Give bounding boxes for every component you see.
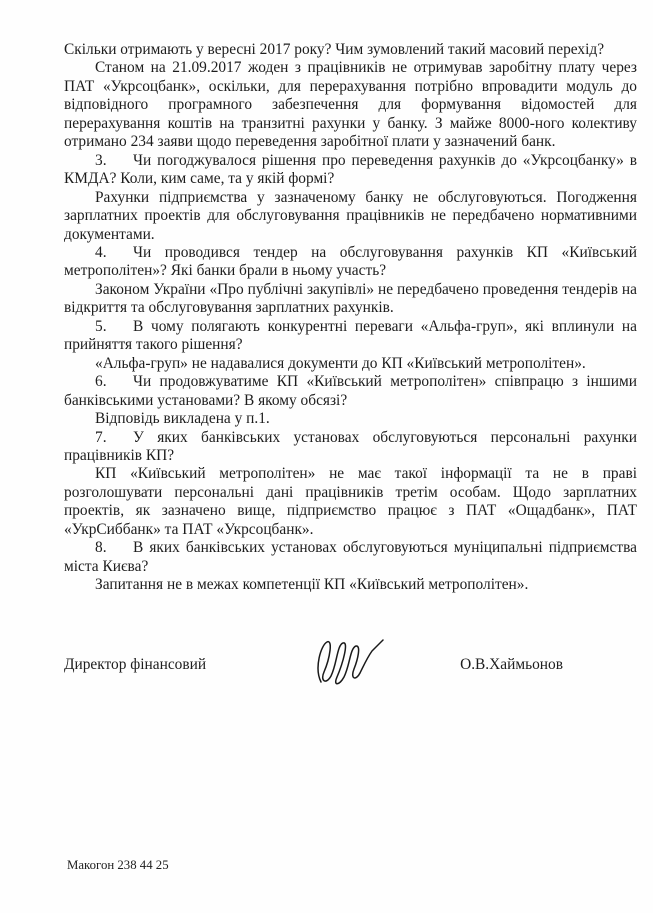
numbered-question-paragraph: 6.Чи продовжуватиме КП «Київський метроп…	[64, 373, 637, 410]
numbered-question-paragraph: 8.В яких банківських установах обслугову…	[64, 539, 637, 576]
body-paragraph: Законом України «Про публічні закупівлі»…	[64, 281, 637, 318]
body-paragraph: «Альфа-груп» не надавалися документи до …	[64, 355, 637, 373]
body-paragraph: КП «Київський метрополітен» не має такої…	[64, 465, 637, 539]
paragraph-list: Скільки отримають у вересні 2017 року? Ч…	[64, 41, 637, 595]
body-paragraph: Рахунки підприємства у зазначеному банку…	[64, 189, 637, 244]
signer-title: Директор фінансовий	[64, 656, 206, 674]
question-number: 6.	[95, 373, 133, 391]
signature-block: Директор фінансовий О.В.Хаймьонов	[64, 656, 563, 674]
numbered-question-paragraph: 5.В чому полягають конкурентні переваги …	[64, 318, 637, 355]
numbered-question-paragraph: 7.У яких банківських установах обслугову…	[64, 429, 637, 466]
question-number: 4.	[95, 244, 133, 262]
numbered-question-paragraph: 3.Чи погоджувалося рішення про переведен…	[64, 152, 637, 189]
question-number: 3.	[95, 152, 133, 170]
question-number: 5.	[95, 318, 133, 336]
question-number: 8.	[95, 539, 133, 557]
document-page: Скільки отримають у вересні 2017 року? Ч…	[0, 0, 653, 913]
numbered-question-paragraph: 4.Чи проводився тендер на обслуговування…	[64, 244, 637, 281]
body-paragraph: Запитання не в межах компетенції КП «Киї…	[64, 576, 637, 594]
body-paragraph: Скільки отримають у вересні 2017 року? Ч…	[64, 41, 637, 59]
signer-name: О.В.Хаймьонов	[460, 656, 563, 674]
footer-contact: Макогон 238 44 25	[67, 858, 169, 873]
body-paragraph: Відповідь викладена у п.1.	[64, 410, 637, 428]
question-number: 7.	[95, 429, 133, 447]
body-paragraph: Станом на 21.09.2017 жоден з працівників…	[64, 59, 637, 151]
